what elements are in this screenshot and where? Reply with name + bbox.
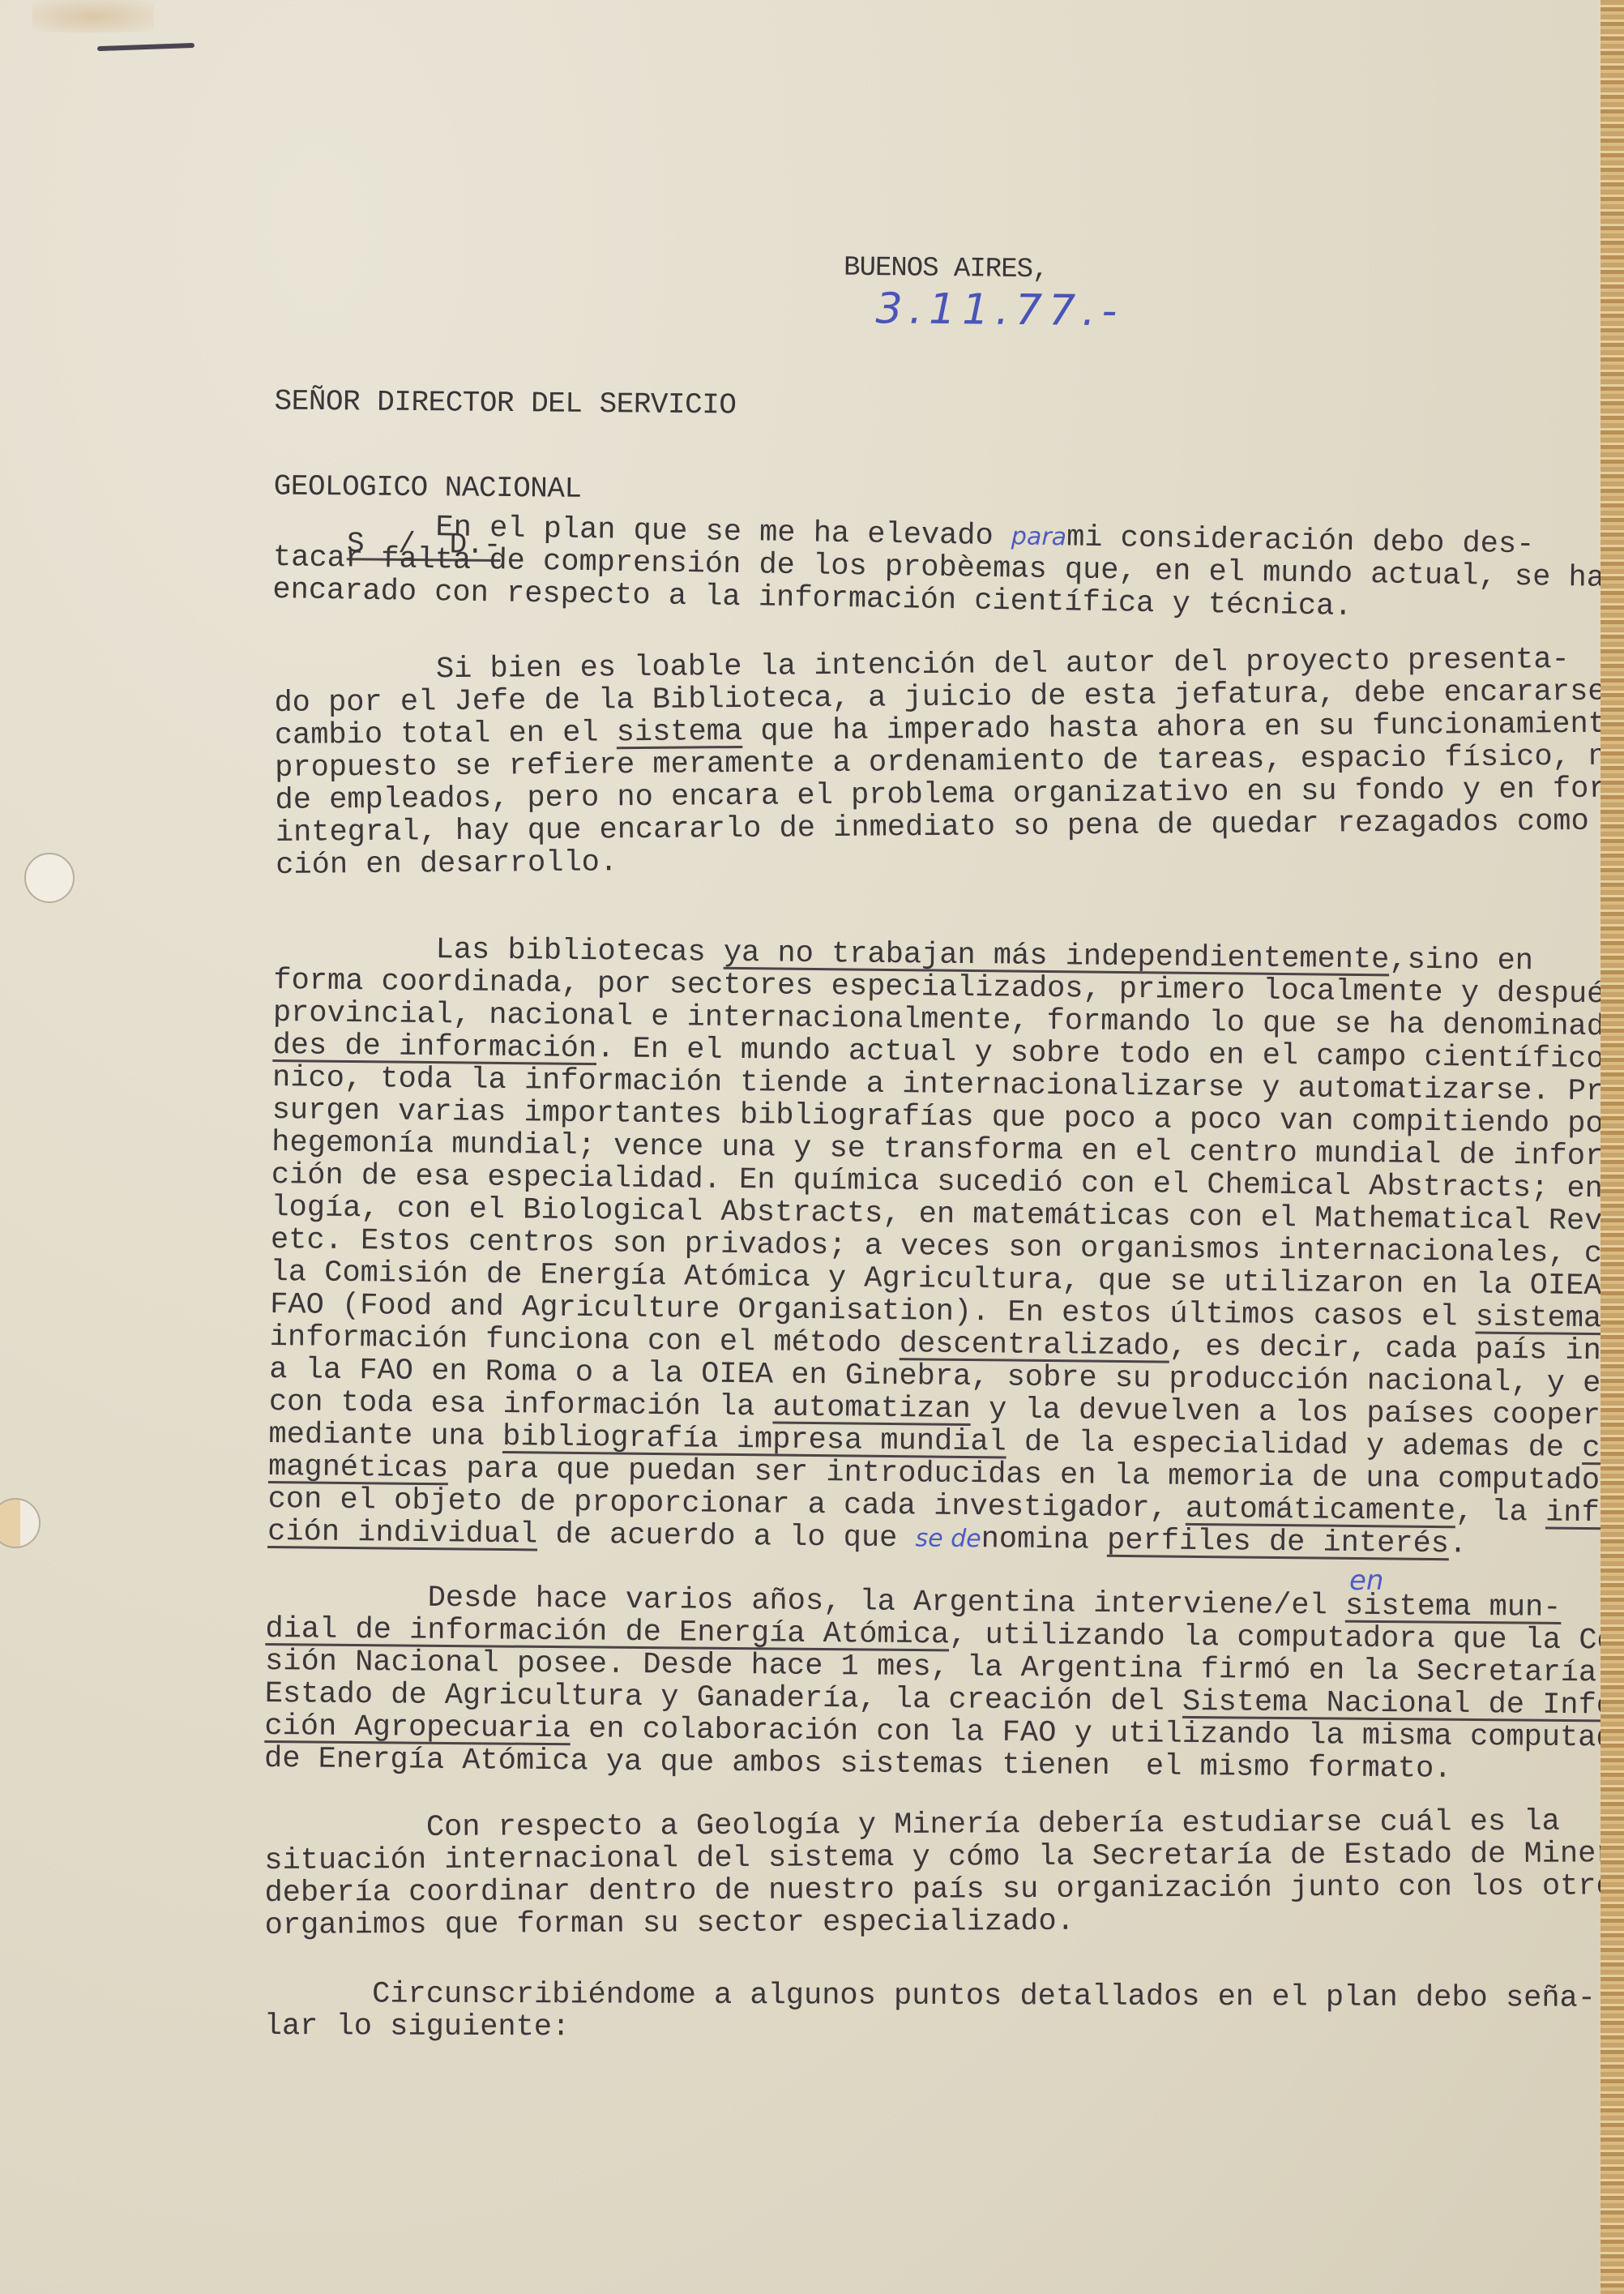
paragraph: En el plan que se me ha elevado parami c… — [272, 509, 1623, 627]
handwritten-date: 3.11.77.- — [875, 285, 1123, 336]
addressee-line: GEOLOGICO NACIONAL — [274, 473, 736, 505]
text-span: organimos que forman su sector especiali… — [265, 1905, 1075, 1943]
underlined-phrase: sistema — [617, 715, 743, 750]
underlined-phrase: ción individual — [267, 1515, 537, 1551]
text-span: , la — [1455, 1495, 1545, 1530]
margin-pen-mark — [97, 43, 194, 51]
underlined-phrase: descentralizado — [900, 1327, 1169, 1363]
text-line: debería coordinar dentro de nuestro país… — [264, 1870, 1624, 1910]
date-line: BUENOS AIRES, 3.11.77.- — [769, 216, 1125, 370]
text-span: . — [1449, 1527, 1468, 1561]
underlined-phrase: ción Agropecuaria — [264, 1710, 571, 1746]
paragraph: Con respecto a Geología y Minería deberí… — [264, 1805, 1624, 1942]
handwritten-insertion: en — [1349, 1564, 1383, 1597]
paragraph: Circunscribiéndome a algunos puntos deta… — [264, 1978, 1596, 2048]
text-span: nomina — [981, 1522, 1107, 1558]
underlined-phrase: magnéticas — [268, 1450, 448, 1486]
paragraph: Desde hace varios años, la Argentina int… — [264, 1581, 1624, 1787]
text-span: mediante una — [268, 1418, 502, 1454]
text-span: de acuerdo a lo que — [537, 1517, 916, 1556]
page-edge-binding — [1600, 0, 1624, 2294]
underlined-phrase: perfiles de interés — [1107, 1524, 1449, 1561]
addressee-line: SEÑOR DIRECTOR DEL SERVICIO — [274, 387, 736, 420]
paper-stain — [32, 0, 154, 32]
text-span: cambio total en el — [275, 716, 617, 753]
text-line: lar lo siguiente: — [264, 2010, 1596, 2048]
underlined-phrase: automatizan — [772, 1390, 971, 1427]
paragraph: Si bien es loable la intención del autor… — [274, 643, 1624, 882]
handwritten-correction: para — [1011, 522, 1067, 551]
text-span: ción en desarrollo. — [276, 845, 618, 883]
text-line: organimos que forman su sector especiali… — [265, 1902, 1624, 1942]
text-span: debería coordinar dentro de nuestro país… — [264, 1869, 1624, 1911]
punch-hole-icon — [24, 853, 75, 903]
paragraph: Las bibliotecas ya no trabajan más indep… — [267, 932, 1624, 1563]
underlined-phrase: automáticamente — [1186, 1492, 1455, 1529]
text-span: lar lo siguiente: — [264, 2009, 571, 2044]
text-span: ,sino en — [1389, 943, 1533, 978]
place-label: BUENOS AIRES, — [844, 253, 1049, 286]
text-line: Circunscribiéndome a algunos puntos deta… — [264, 1978, 1596, 2015]
underlined-phrase: des de información — [272, 1029, 596, 1066]
document-page: BUENOS AIRES, 3.11.77.- SEÑOR DIRECTOR D… — [0, 0, 1600, 2294]
punch-hole-icon — [0, 1498, 41, 1548]
handwritten-correction: se de — [915, 1524, 981, 1553]
